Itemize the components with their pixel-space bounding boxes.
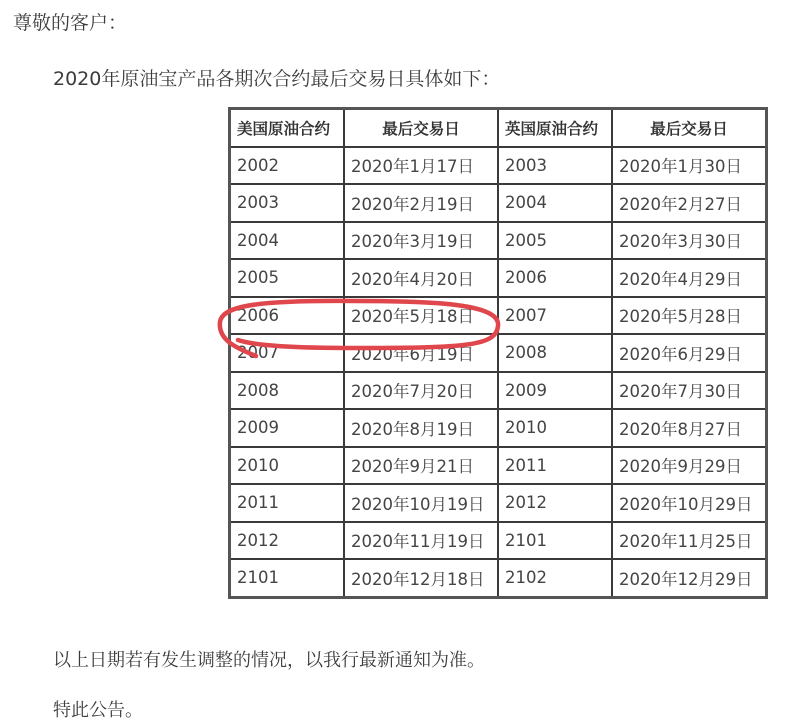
table-row: 20092020年8月19日20102020年8月27日 bbox=[230, 409, 767, 447]
uk-last-trading-day-cell: 2020年6月29日 bbox=[612, 334, 767, 372]
us-last-trading-day-cell: 2020年10月19日 bbox=[344, 484, 498, 522]
us-last-trading-day-cell: 2020年7月20日 bbox=[344, 372, 498, 410]
adjustment-note: 以上日期若有发生调整的情况，以我行最新通知为准。 bbox=[53, 646, 485, 672]
table-row: 21012020年12月18日21022020年12月29日 bbox=[230, 559, 767, 597]
uk-last-trading-day-cell: 2020年10月29日 bbox=[612, 484, 767, 522]
uk-contract-cell: 2004 bbox=[498, 184, 612, 222]
table-header-row: 美国原油合约 最后交易日 英国原油合约 最后交易日 bbox=[230, 109, 767, 147]
table-row: 20072020年6月19日20082020年6月29日 bbox=[230, 334, 767, 372]
table-row: 20052020年4月20日20062020年4月29日 bbox=[230, 259, 767, 297]
table-body: 20022020年1月17日20032020年1月30日20032020年2月1… bbox=[230, 147, 767, 598]
us-contract-cell: 2004 bbox=[230, 222, 345, 260]
uk-contract-cell: 2101 bbox=[498, 522, 612, 560]
us-contract-cell: 2011 bbox=[230, 484, 345, 522]
table-row: 20022020年1月17日20032020年1月30日 bbox=[230, 147, 767, 185]
uk-last-trading-day-cell: 2020年9月29日 bbox=[612, 447, 767, 485]
us-contract-cell: 2009 bbox=[230, 409, 345, 447]
us-last-trading-day-cell: 2020年5月18日 bbox=[344, 297, 498, 335]
header-us-contract: 美国原油合约 bbox=[230, 109, 345, 147]
us-contract-cell: 2008 bbox=[230, 372, 345, 410]
us-contract-cell: 2006 bbox=[230, 297, 345, 335]
table-row: 20102020年9月21日20112020年9月29日 bbox=[230, 447, 767, 485]
table-row: 20122020年11月19日21012020年11月25日 bbox=[230, 522, 767, 560]
header-uk-last-trading-day: 最后交易日 bbox=[612, 109, 767, 147]
us-contract-cell: 2012 bbox=[230, 522, 345, 560]
us-last-trading-day-cell: 2020年9月21日 bbox=[344, 447, 498, 485]
us-last-trading-day-cell: 2020年4月20日 bbox=[344, 259, 498, 297]
uk-contract-cell: 2005 bbox=[498, 222, 612, 260]
uk-last-trading-day-cell: 2020年3月30日 bbox=[612, 222, 767, 260]
us-last-trading-day-cell: 2020年12月18日 bbox=[344, 559, 498, 597]
header-uk-contract: 英国原油合约 bbox=[498, 109, 612, 147]
table-row: 20042020年3月19日20052020年3月30日 bbox=[230, 222, 767, 260]
uk-contract-cell: 2102 bbox=[498, 559, 612, 597]
uk-contract-cell: 2007 bbox=[498, 297, 612, 335]
uk-last-trading-day-cell: 2020年1月30日 bbox=[612, 147, 767, 185]
uk-last-trading-day-cell: 2020年4月29日 bbox=[612, 259, 767, 297]
uk-contract-cell: 2011 bbox=[498, 447, 612, 485]
uk-contract-cell: 2009 bbox=[498, 372, 612, 410]
us-contract-cell: 2003 bbox=[230, 184, 345, 222]
greeting-text: 尊敬的客户： bbox=[13, 8, 127, 35]
uk-contract-cell: 2008 bbox=[498, 334, 612, 372]
uk-last-trading-day-cell: 2020年12月29日 bbox=[612, 559, 767, 597]
closing-text: 特此公告。 bbox=[53, 696, 143, 722]
us-last-trading-day-cell: 2020年1月17日 bbox=[344, 147, 498, 185]
uk-last-trading-day-cell: 2020年2月27日 bbox=[612, 184, 767, 222]
us-last-trading-day-cell: 2020年11月19日 bbox=[344, 522, 498, 560]
table-row-highlighted: 20062020年5月18日20072020年5月28日 bbox=[230, 297, 767, 335]
uk-last-trading-day-cell: 2020年5月28日 bbox=[612, 297, 767, 335]
us-contract-cell: 2101 bbox=[230, 559, 345, 597]
intro-text: 2020年原油宝产品各期次合约最后交易日具体如下： bbox=[53, 64, 500, 91]
us-contract-cell: 2002 bbox=[230, 147, 345, 185]
uk-contract-cell: 2010 bbox=[498, 409, 612, 447]
contract-last-trading-day-table: 美国原油合约 最后交易日 英国原油合约 最后交易日 20022020年1月17日… bbox=[228, 107, 768, 599]
us-last-trading-day-cell: 2020年6月19日 bbox=[344, 334, 498, 372]
uk-last-trading-day-cell: 2020年7月30日 bbox=[612, 372, 767, 410]
us-contract-cell: 2007 bbox=[230, 334, 345, 372]
uk-contract-cell: 2006 bbox=[498, 259, 612, 297]
uk-contract-cell: 2012 bbox=[498, 484, 612, 522]
us-last-trading-day-cell: 2020年8月19日 bbox=[344, 409, 498, 447]
us-last-trading-day-cell: 2020年3月19日 bbox=[344, 222, 498, 260]
uk-last-trading-day-cell: 2020年11月25日 bbox=[612, 522, 767, 560]
table-row: 20112020年10月19日20122020年10月29日 bbox=[230, 484, 767, 522]
us-last-trading-day-cell: 2020年2月19日 bbox=[344, 184, 498, 222]
table-row: 20032020年2月19日20042020年2月27日 bbox=[230, 184, 767, 222]
header-us-last-trading-day: 最后交易日 bbox=[344, 109, 498, 147]
us-contract-cell: 2005 bbox=[230, 259, 345, 297]
uk-last-trading-day-cell: 2020年8月27日 bbox=[612, 409, 767, 447]
table-row: 20082020年7月20日20092020年7月30日 bbox=[230, 372, 767, 410]
uk-contract-cell: 2003 bbox=[498, 147, 612, 185]
us-contract-cell: 2010 bbox=[230, 447, 345, 485]
